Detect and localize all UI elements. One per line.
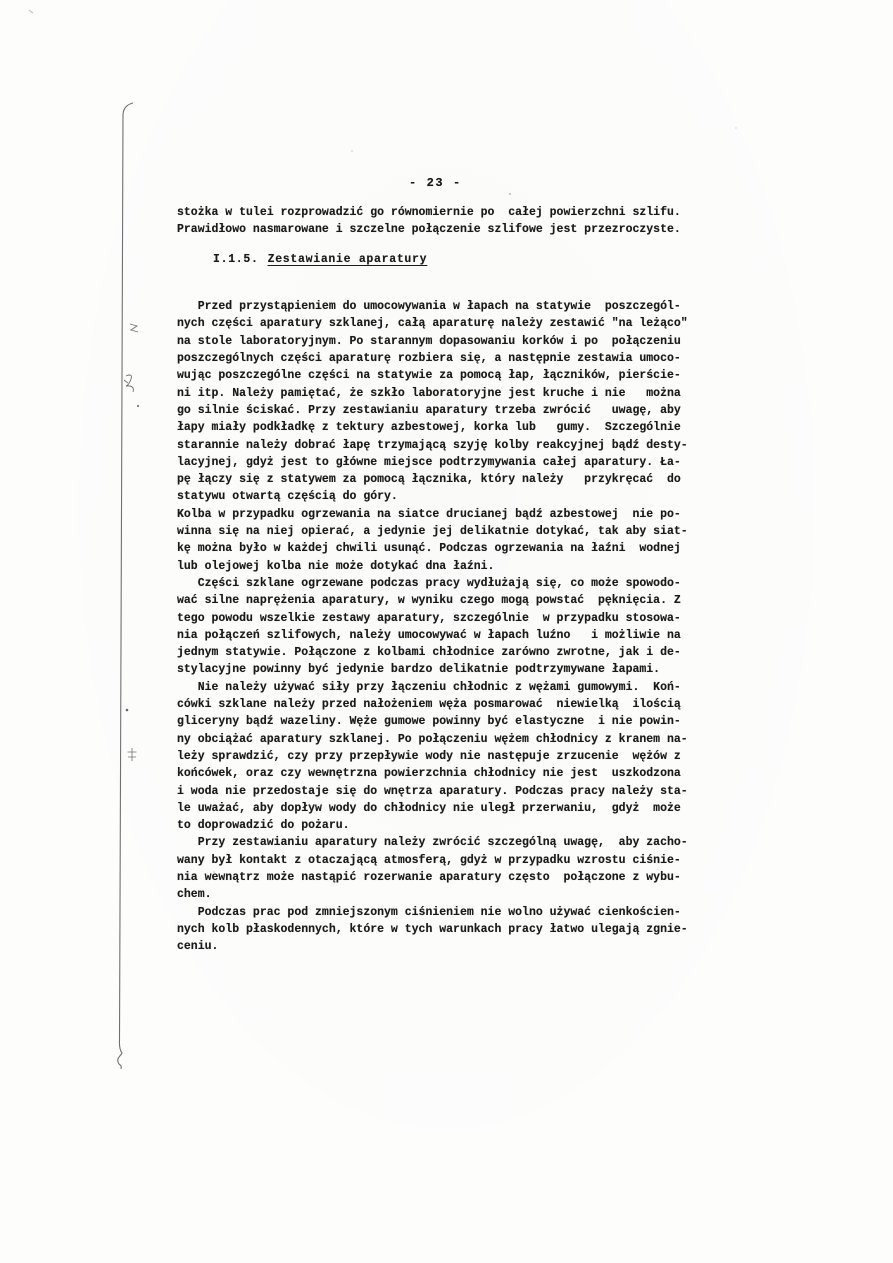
text-line: nia wewnątrz może nastąpić rozerwanie ap… (177, 869, 699, 886)
paragraph: Przed przystąpieniem do umocowywania w ł… (177, 298, 699, 506)
text-line: starannie należy dobrać łapę trzymającą … (177, 437, 699, 454)
text-line: go silnie ściskać. Przy zestawianiu apar… (177, 402, 699, 419)
text-line: leży sprawdzić, czy przy przepływie wody… (177, 748, 699, 765)
text-line: jednym statywie. Połączone z kolbami chł… (177, 644, 699, 661)
scanned-page: - 23 - stożka w tulei rozprowadzić go ró… (0, 0, 893, 1263)
text-line: ny obciążać aparatury szklanej. Po połąc… (177, 731, 699, 748)
text-line: wany był kontakt z otaczającą atmosferą,… (177, 852, 699, 869)
margin-mark (124, 375, 133, 392)
text-line: Prawidłowo nasmarowane i szczelne połącz… (177, 221, 699, 238)
text-line: Kolba w przypadku ogrzewania na siatce d… (177, 506, 699, 523)
text-line: poszczególnych części aparaturę rozbiera… (177, 350, 699, 367)
section-title: Zestawianie aparatury (268, 253, 428, 266)
scan-speck (735, 127, 737, 129)
text-line: Przy zestawianiu aparatury należy zwróci… (177, 834, 699, 851)
text-line: wując poszczególne części na statywie za… (177, 367, 699, 384)
margin-speck (137, 405, 139, 407)
text-line: gliceryny bądź wazeliny. Węże gumowe pow… (177, 713, 699, 730)
text-line: tego powodu wszelkie zestawy aparatury, … (177, 610, 699, 627)
margin-mark (128, 748, 137, 761)
text-line: stożka w tulei rozprowadzić go równomier… (177, 204, 699, 221)
margin-mark (130, 324, 138, 332)
margin-speck (126, 709, 129, 712)
text-line: wać silne naprężenia aparatury, w wyniku… (177, 592, 699, 609)
text-line: ni itp. Należy pamiętać, że szkło labora… (177, 385, 699, 402)
text-line: Nie należy używać siły przy łączeniu chł… (177, 679, 699, 696)
text-line: nia połączeń szlifowych, należy umocowyw… (177, 627, 699, 644)
section-number: I.1.5. (213, 253, 259, 266)
text-line: lub olejowej kolba nie może dotykać dna … (177, 558, 699, 575)
text-line: le uważać, aby dopływ wody do chłodnicy … (177, 800, 699, 817)
paragraph: Podczas prac pod zmniejszonym ciśnieniem… (177, 904, 699, 956)
text-line: stylacyjne powinny być jedynie bardzo de… (177, 661, 699, 678)
text-line: łapy miały podkładkę z tektury azbestowe… (177, 419, 699, 436)
paragraph: Nie należy używać siły przy łączeniu chł… (177, 679, 699, 835)
scan-speck (509, 193, 511, 195)
text-line: to doprowadzić do pożaru. (177, 817, 699, 834)
text-line: Podczas prac pod zmniejszonym ciśnieniem… (177, 904, 699, 921)
text-line: końcówek, oraz czy wewnętrzna powierzchn… (177, 765, 699, 782)
text-line: chem. (177, 886, 699, 903)
body-paragraphs: Przed przystąpieniem do umocowywania w ł… (177, 298, 699, 955)
text-line: winna się na niej opierać, a jedynie jej… (177, 523, 699, 540)
section-heading: I.1.5.Zestawianie aparatury (213, 251, 699, 286)
text-line: nych kolb płaskodennych, które w tych wa… (177, 921, 699, 938)
page-number: - 23 - (409, 176, 462, 190)
scan-speck (351, 150, 353, 152)
text-line: statywu otwartą częścią do góry. (177, 488, 699, 505)
text-line: lacyjnej, gdyż jest to główne miejsce po… (177, 454, 699, 471)
paragraph: Przy zestawianiu aparatury należy zwróci… (177, 834, 699, 903)
page-fold-line (118, 103, 133, 1069)
text-line: kę można było w każdej chwili usunąć. Po… (177, 540, 699, 557)
scan-speck (29, 10, 33, 13)
intro-paragraph: stożka w tulei rozprowadzić go równomier… (177, 204, 699, 239)
paragraph: Kolba w przypadku ogrzewania na siatce d… (177, 506, 699, 575)
text-line: na stole laboratoryjnym. Po starannym do… (177, 333, 699, 350)
page-text: stożka w tulei rozprowadzić go równomier… (177, 204, 699, 955)
text-line: ceniu. (177, 938, 699, 955)
text-line: Części szklane ogrzewane podczas pracy w… (177, 575, 699, 592)
text-line: cówki szklane należy przed nałożeniem wę… (177, 696, 699, 713)
text-line: pę łączy się z statywem za pomocą łączni… (177, 471, 699, 488)
text-line: Przed przystąpieniem do umocowywania w ł… (177, 298, 699, 315)
text-line: nych części aparatury szklanej, całą apa… (177, 315, 699, 332)
paragraph: Części szklane ogrzewane podczas pracy w… (177, 575, 699, 679)
text-line: i woda nie przedostaje się do wnętrza ap… (177, 783, 699, 800)
